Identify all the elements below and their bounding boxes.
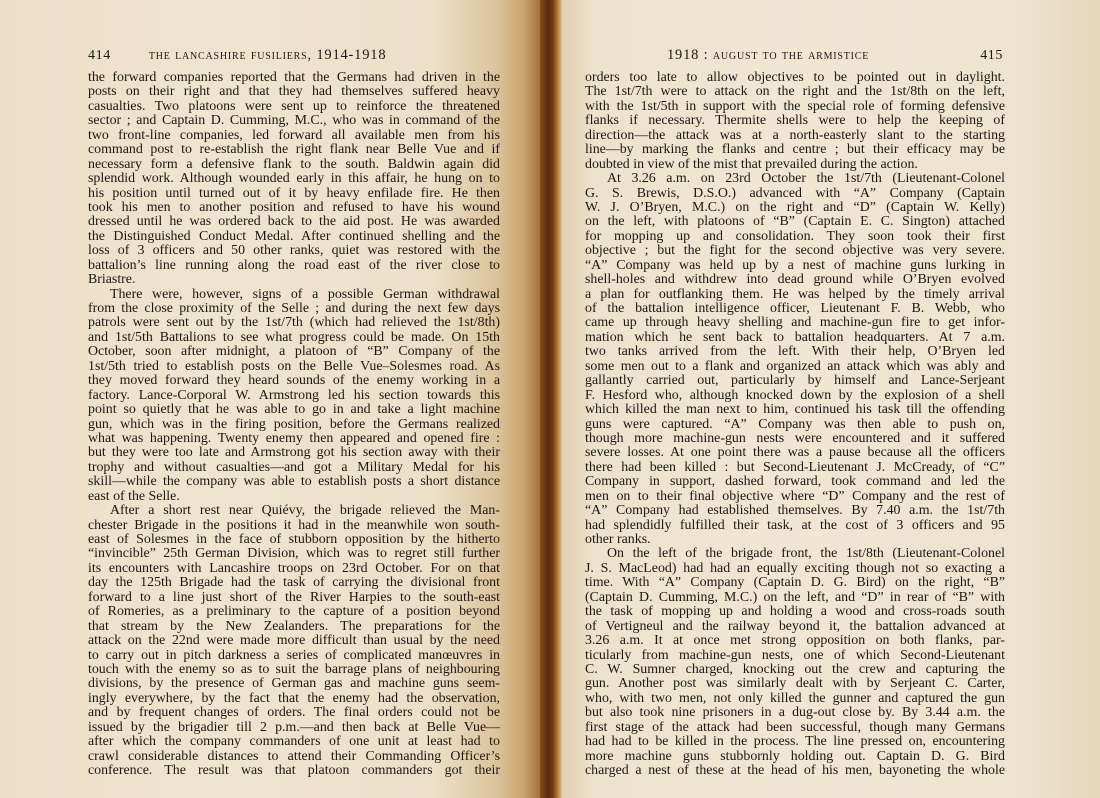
text-line: what was happening. Twenty enemy then ap… (88, 432, 500, 446)
text-line: divisions, by the presence of German gas… (88, 677, 500, 691)
text-line: a plan for outflanking them. He was help… (585, 288, 1005, 302)
text-line: came up through heavy shelling and machi… (585, 316, 1005, 330)
text-line: severe losses. At one point there was a … (585, 446, 1005, 460)
text-line: gallantly carried out, particularly by h… (585, 374, 1005, 388)
right-running-title: 1918 : AUGUST TO THE ARMISTICE (667, 47, 869, 64)
left-running-head: 414 THE LANCASHIRE FUSILIERS, 1914-1918 (88, 47, 498, 65)
text-line: factory. Lance-Corporal W. Armstrong led… (88, 389, 500, 403)
text-line: dressed until he was ordered back to the… (88, 215, 500, 229)
text-line: had had to be killed in the process. The… (585, 735, 1005, 749)
left-page: 414 THE LANCASHIRE FUSILIERS, 1914-1918 … (0, 0, 540, 798)
text-line: “A” Company was held up by a nest of mac… (585, 259, 1005, 273)
text-line: ticularly from machine-gun nests, one of… (585, 649, 1005, 663)
text-line: from the close proximity of the Selle ; … (88, 302, 500, 316)
text-line: that stream by the New Zealanders. The p… (88, 620, 500, 634)
text-line: of Romeries, as a preliminary to the cap… (88, 605, 500, 619)
text-line: doubted in view of the mist that prevail… (585, 158, 1005, 172)
text-line: J. S. MacLeod) had had an equally exciti… (585, 562, 1005, 576)
text-line: took his men to another position and ref… (88, 201, 500, 215)
left-body-text: the forward companies reported that the … (88, 71, 500, 778)
text-line: shell-holes and withdrew into dead groun… (585, 273, 1005, 287)
text-line: there had been killed : but Second-Lieut… (585, 461, 1005, 475)
text-line: skill—while the company was able to esta… (88, 475, 500, 489)
right-body-text: orders too late to allow objectives to b… (585, 71, 1005, 778)
text-line: command post to re-establish the right f… (88, 143, 500, 157)
text-line: gun, which was in the firing position, b… (88, 418, 500, 432)
text-line: flanks if necessary. Thermite shells wer… (585, 114, 1005, 128)
text-line: who, with two men, not only killed the g… (585, 692, 1005, 706)
text-line: sector ; and Captain D. Cumming, M.C., w… (88, 114, 500, 128)
right-page: 1918 : AUGUST TO THE ARMISTICE 415 order… (562, 0, 1100, 798)
text-line: 3.26 a.m. It at once met strong oppositi… (585, 634, 1005, 648)
text-line: At 3.26 a.m. on 23rd October the 1st/7th… (585, 172, 1005, 186)
text-line: the forward companies reported that the … (88, 71, 500, 85)
text-line: some men out to a flank and organized an… (585, 360, 1005, 374)
text-line: After a short rest near Quiévy, the brig… (88, 504, 500, 518)
text-line: guns were captured. “A” Company was then… (585, 418, 1005, 432)
text-line: but also took nine prisoners in a dug-ou… (585, 706, 1005, 720)
text-line: On the left of the brigade front, the 1s… (585, 547, 1005, 561)
text-line: east of Solesmes in the face of stubborn… (88, 533, 500, 547)
text-line: east of the Selle. (88, 490, 500, 504)
text-line: ingly everywhere, by the fact that the e… (88, 692, 500, 706)
text-line: after which the company commanders of on… (88, 735, 500, 749)
text-line: There were, however, signs of a possible… (88, 288, 500, 302)
right-running-head: 1918 : AUGUST TO THE ARMISTICE 415 (585, 47, 1003, 65)
text-line: orders too late to allow objectives to b… (585, 71, 1005, 85)
text-line: issued by the brigadier till 2 p.m.—and … (88, 721, 500, 735)
text-line: the task of mopping up and holding a woo… (585, 605, 1005, 619)
text-line: had splendidly fulfilled their task, at … (585, 519, 1005, 533)
text-line: mation which he sent back to battalion h… (585, 331, 1005, 345)
text-line: charged a nest of these at the head of h… (585, 764, 1005, 778)
text-line: conference. The result was that platoon … (88, 764, 500, 778)
text-line: to carry out in pitch darkness a series … (88, 649, 500, 663)
text-line: (Captain D. Cumming, M.C.) on the left, … (585, 591, 1005, 605)
text-line: W. J. O’Bryen, M.C.) on the right and “D… (585, 201, 1005, 215)
text-line: attack on the 22nd were made more diffic… (88, 634, 500, 648)
text-line: touch with the enemy so as to suit the b… (88, 663, 500, 677)
text-line: trophy and without casualties—and got a … (88, 461, 500, 475)
text-line: point so quietly that he was able to go … (88, 403, 500, 417)
text-line: battalion’s line running along the road … (88, 259, 500, 273)
text-line: “A” Company had established themselves. … (585, 504, 1005, 518)
text-line: forward to a line just short of the Rive… (88, 591, 500, 605)
text-line: C. W. Sumner charged, knocking out the c… (585, 663, 1005, 677)
text-line: 1st/5th tried to establish posts on the … (88, 360, 500, 374)
text-line: two front-line companies, led forward al… (88, 129, 500, 143)
text-line: with the 1st/5th in support with the spe… (585, 100, 1005, 114)
text-line: direction—the attack was at a north-east… (585, 129, 1005, 143)
text-line: on the left, with platoons of “B” (Capta… (585, 215, 1005, 229)
text-line: but they were too late and Armstrong got… (88, 446, 500, 460)
text-line: G. S. Brewis, D.S.O.) advanced with “A” … (585, 187, 1005, 201)
text-line: F. Hesford who, although knocked down by… (585, 389, 1005, 403)
text-line: day the 125th Brigade had the task of ca… (88, 576, 500, 590)
text-line: men on to their final objective where “D… (585, 490, 1005, 504)
text-line: objective ; but the fight for the second… (585, 244, 1005, 258)
text-line: for mopping up and consolidation. They s… (585, 230, 1005, 244)
text-line: gun. Another post was similarly dealt wi… (585, 677, 1005, 691)
text-line: and 1st/5th Battalions to see what progr… (88, 331, 500, 345)
text-line: and by frequent changes of orders. The f… (88, 706, 500, 720)
text-line: they moved forward they heard sounds of … (88, 374, 500, 388)
text-line: “invincible” 25th German Division, which… (88, 547, 500, 561)
text-line: loss of 3 officers and 50 other ranks, q… (88, 244, 500, 258)
text-line: other ranks. (585, 533, 1005, 547)
page-number-left: 414 (88, 48, 111, 64)
book-gutter (540, 0, 562, 798)
text-line: The 1st/7th were to attack on the right … (585, 85, 1005, 99)
text-line: though more machine-gun nests were encou… (585, 432, 1005, 446)
text-line: splendid work. Although wounded early in… (88, 172, 500, 186)
left-running-title: THE LANCASHIRE FUSILIERS, 1914-1918 (149, 47, 387, 64)
text-line: of the battalion intelligence officer, L… (585, 302, 1005, 316)
text-line: two tanks arrived from the left. With th… (585, 345, 1005, 359)
text-line: crawl considerable distances to attend t… (88, 750, 500, 764)
text-line: Briastre. (88, 273, 500, 287)
text-line: casualties. Two platoons were sent up to… (88, 100, 500, 114)
text-line: October, soon after midnight, a platoon … (88, 345, 500, 359)
text-line: chester Brigade in the positions it had … (88, 519, 500, 533)
text-line: his position until turned out of it by h… (88, 187, 500, 201)
text-line: time. With “A” Company (Captain D. G. Bi… (585, 576, 1005, 590)
text-line: line—by marking the flanks and centre ; … (585, 143, 1005, 157)
text-line: its encounters with Lancashire troops on… (88, 562, 500, 576)
book-spread: 414 THE LANCASHIRE FUSILIERS, 1914-1918 … (0, 0, 1100, 798)
text-line: necessary form a defensive flank to the … (88, 158, 500, 172)
text-line: more machine guns stubbornly holding out… (585, 750, 1005, 764)
text-line: posts on their right and that they had t… (88, 85, 500, 99)
text-line: which killed the man next to him, contin… (585, 403, 1005, 417)
text-line: of Vertigneul and the railway beyond it,… (585, 620, 1005, 634)
text-line: Company in support, dashed forward, took… (585, 475, 1005, 489)
text-line: the Distinguished Conduct Medal. After c… (88, 230, 500, 244)
page-number-right: 415 (980, 48, 1003, 64)
text-line: patrols were sent out by the 1st/7th (wh… (88, 316, 500, 330)
text-line: first stage of the attack had been succe… (585, 721, 1005, 735)
